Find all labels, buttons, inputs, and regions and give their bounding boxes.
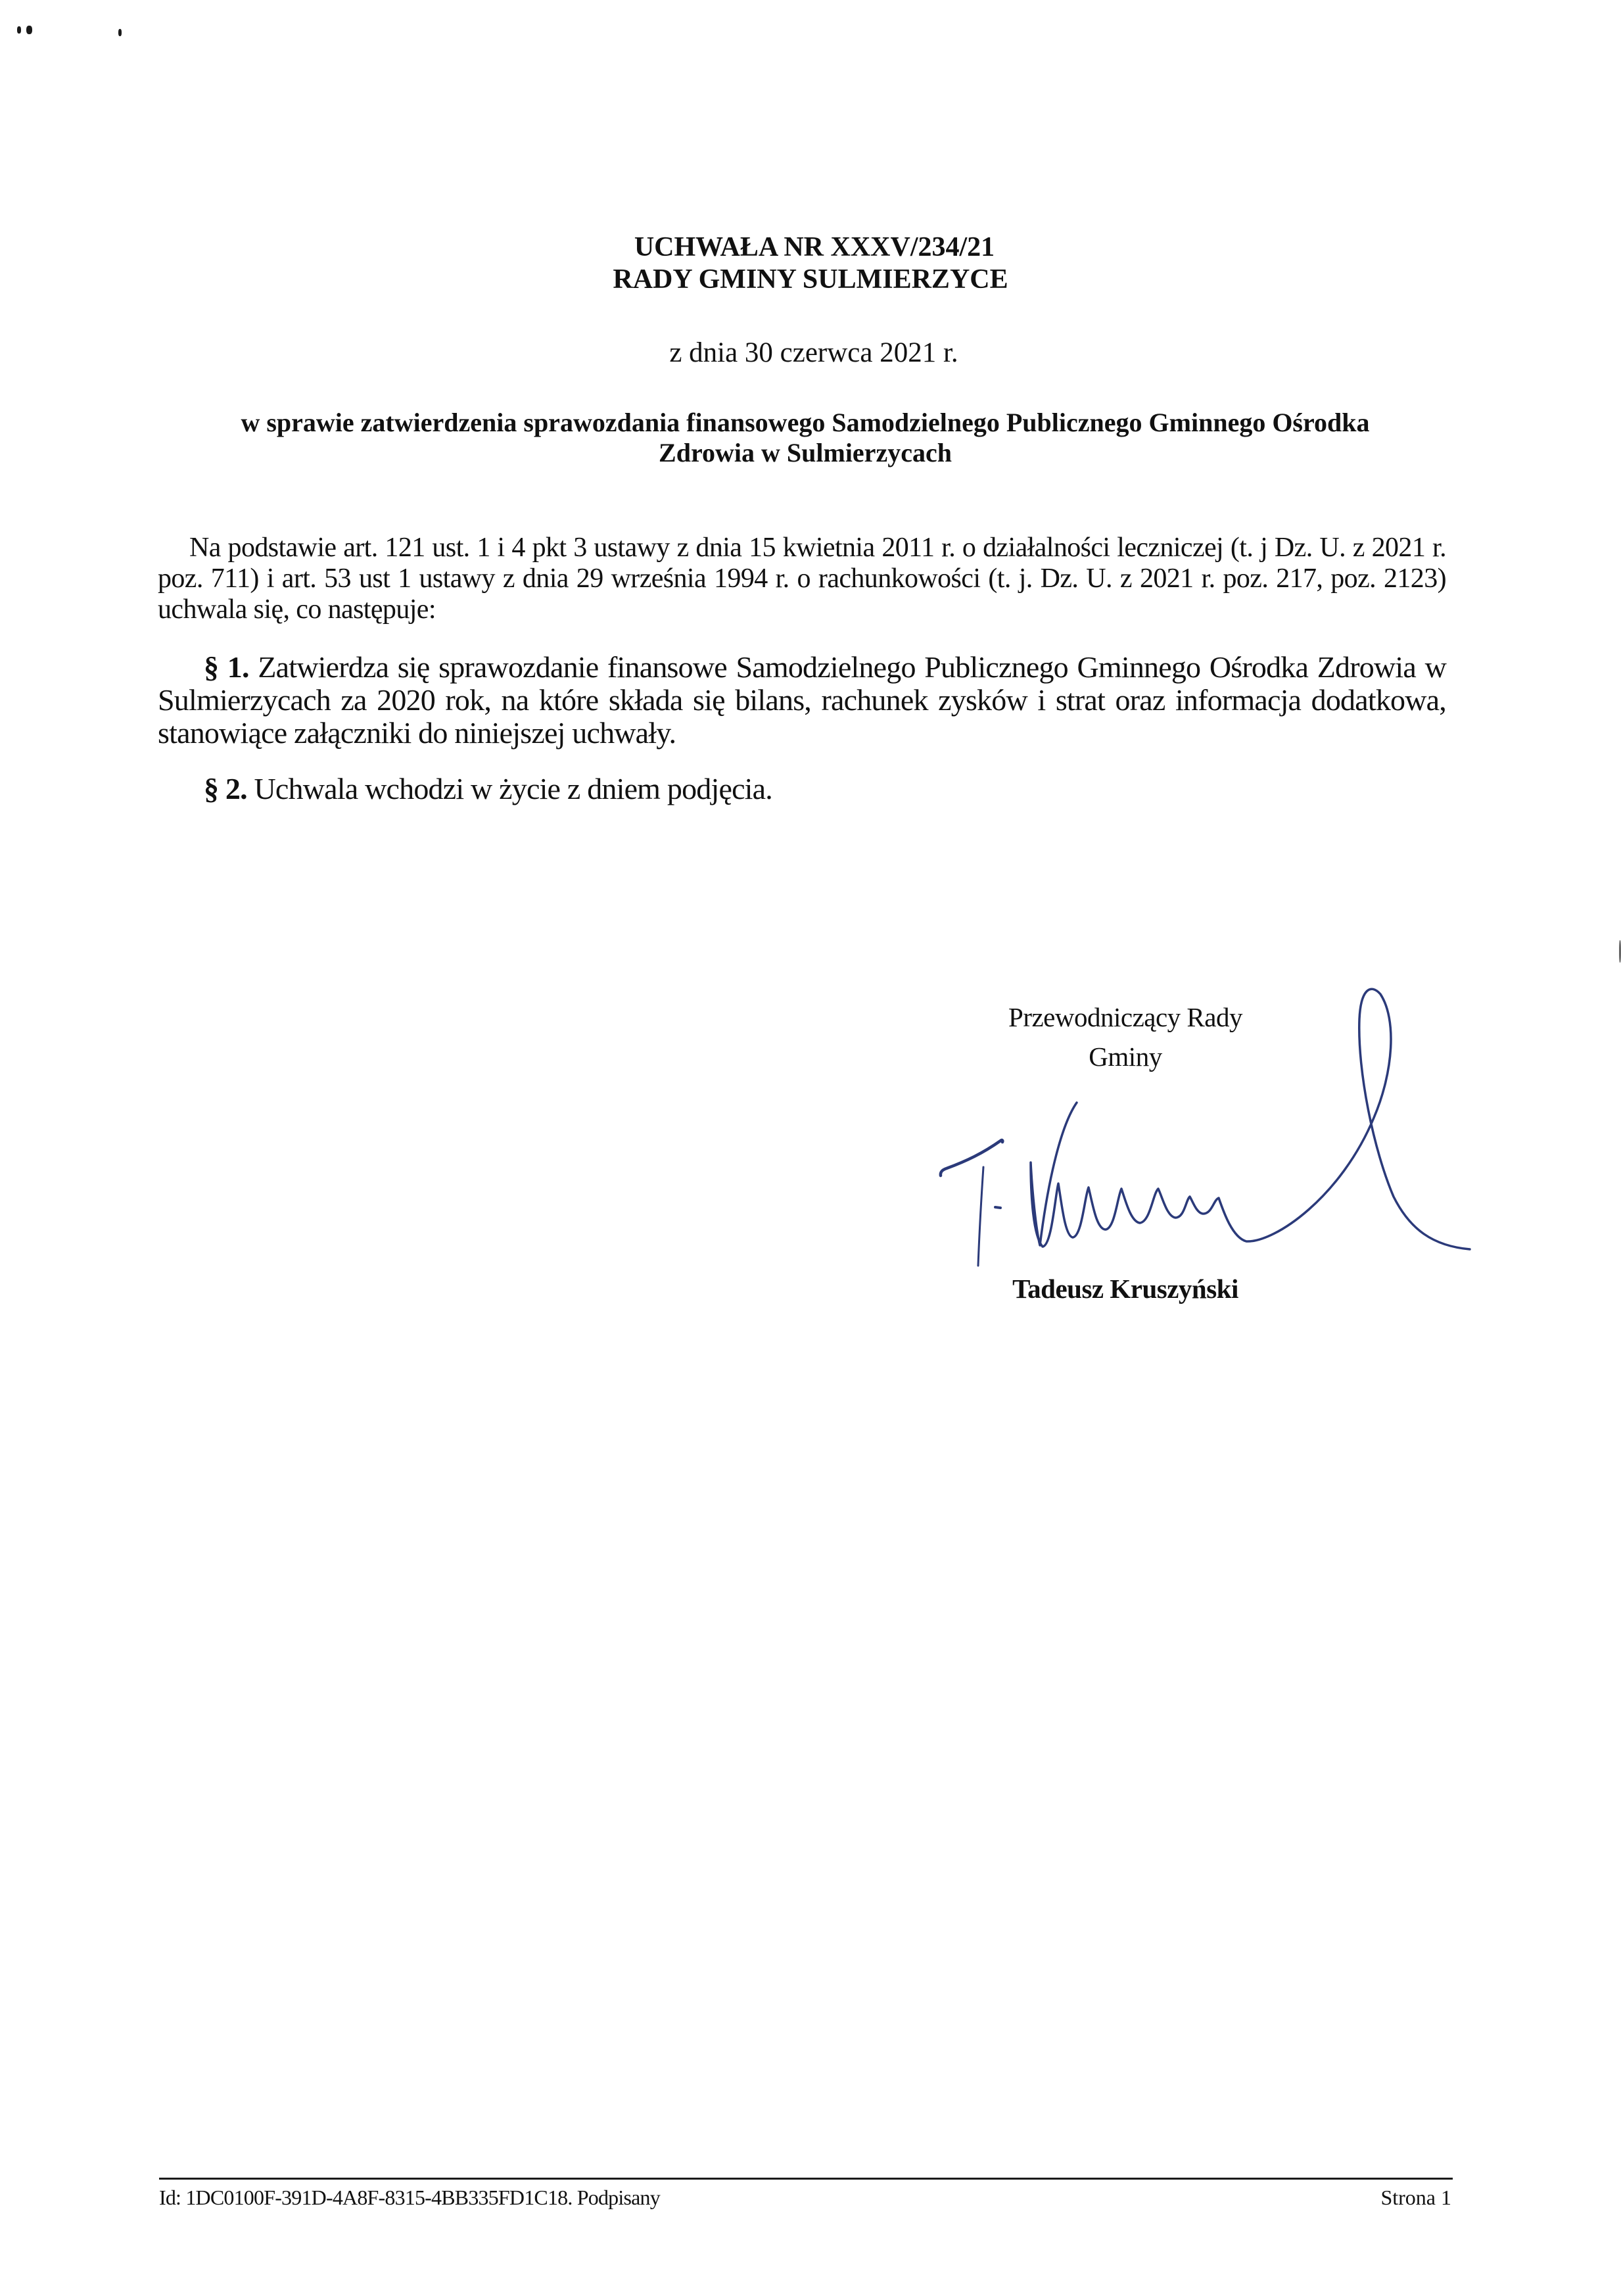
footer-divider — [159, 2178, 1453, 2180]
resolution-number: UCHWAŁA NR XXXV/234/21 — [0, 231, 1621, 264]
handwritten-signature-icon — [920, 980, 1486, 1295]
paragraph-2: § 2. Uchwala wchodzi w życie z dniem pod… — [158, 773, 1446, 805]
paragraph-sign: § 1. — [204, 650, 249, 684]
page-number: Strona 1 — [1380, 2184, 1451, 2211]
paragraph-1: § 1. Zatwierdza się sprawozdanie finanso… — [158, 651, 1446, 750]
signatory-name: Tadeusz Kruszyński — [953, 1272, 1298, 1305]
scan-artifact — [118, 29, 122, 36]
subject-line: Zdrowia w Sulmierzycach — [164, 438, 1446, 468]
legal-basis-paragraph: Na podstawie art. 121 ust. 1 i 4 pkt 3 u… — [158, 533, 1446, 625]
paragraph-text: Uchwala wchodzi w życie z dniem podjęcia… — [254, 772, 772, 805]
subject-line: w sprawie zatwierdzenia sprawozdania fin… — [164, 408, 1446, 438]
scan-artifact — [26, 26, 32, 34]
scan-artifact — [17, 26, 21, 34]
document-id: Id: 1DC0100F-391D-4A8F-8315-4BB335FD1C18… — [159, 2184, 660, 2211]
resolution-title: UCHWAŁA NR XXXV/234/21 RADY GMINY SULMIE… — [0, 231, 1621, 296]
resolution-subject: w sprawie zatwierdzenia sprawozdania fin… — [164, 408, 1446, 468]
council-name: RADY GMINY SULMIERZYCE — [0, 264, 1621, 296]
paragraph-sign: § 2. — [204, 772, 247, 805]
paragraph-text: Zatwierdza się sprawozdanie finansowe Sa… — [158, 650, 1446, 750]
resolution-date: z dnia 30 czerwca 2021 r. — [0, 337, 1621, 370]
